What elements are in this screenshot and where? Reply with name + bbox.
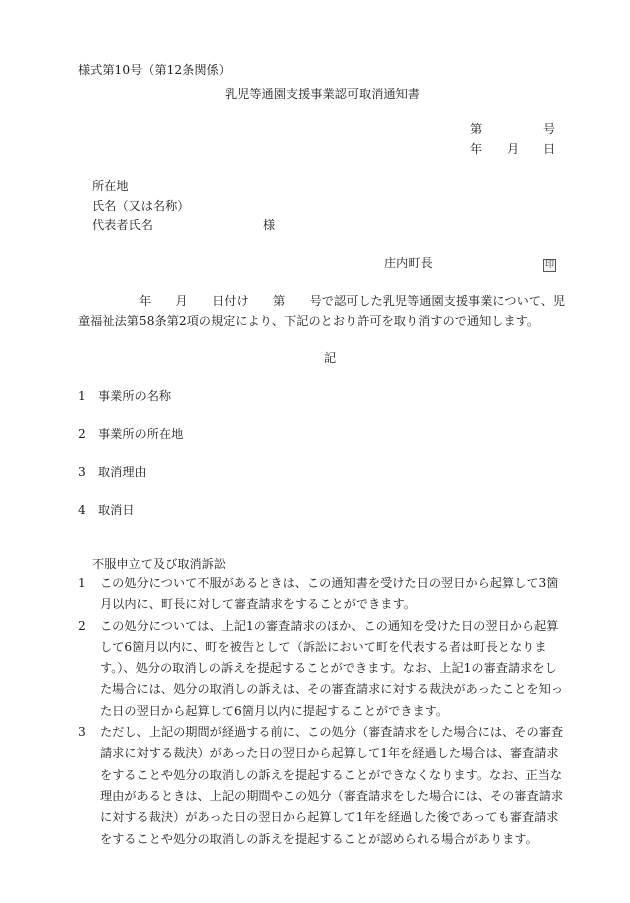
date-month: 月: [507, 141, 519, 157]
record-item: 4取消日: [78, 502, 135, 518]
record-item: 1事業所の名称: [78, 388, 171, 404]
representative-label: 代表者氏名: [92, 217, 153, 233]
appeal-note: 2 この処分については、上記1の審査請求のほか、この通知を受けた日の翌日から起算…: [78, 616, 568, 722]
seal-icon: 印: [543, 259, 556, 272]
address-label: 所在地: [92, 178, 129, 194]
body-line-2: 童福祉法第58条第2項の規定により、下記のとおり許可を取り消すので通知します。: [78, 313, 539, 329]
name-label: 氏名（又は名称）: [92, 198, 190, 214]
form-number: 様式第10号（第12条関係）: [78, 62, 231, 78]
appeal-note: 3 ただし、上記の期間が経過する前に、この処分（審査請求をした場合には、その審査…: [78, 722, 568, 850]
seal-mark: 印: [543, 255, 556, 272]
record-heading: 記: [324, 350, 336, 366]
date-day: 日: [543, 141, 555, 157]
sender-title: 庄内町長: [384, 255, 433, 271]
number-suffix: 号: [543, 121, 555, 137]
record-item: 2事業所の所在地: [78, 426, 183, 442]
body-line-1: 年 月 日付け 第 号で認可した乳児等通園支援事業について、児: [139, 293, 565, 309]
document-title: 乳児等通園支援事業認可取消通知書: [225, 86, 420, 102]
appeal-heading: 不服申立て及び取消訴訟: [92, 556, 226, 572]
appeal-note: 1 この処分について不服があるときは、この通知書を受けた日の翌日から起算して3箇…: [78, 573, 568, 616]
number-prefix: 第: [470, 121, 482, 137]
record-item: 3取消理由: [78, 464, 147, 480]
appeal-notes: 1 この処分について不服があるときは、この通知書を受けた日の翌日から起算して3箇…: [78, 573, 568, 850]
honorific: 様: [263, 217, 275, 233]
date-year: 年: [470, 141, 482, 157]
